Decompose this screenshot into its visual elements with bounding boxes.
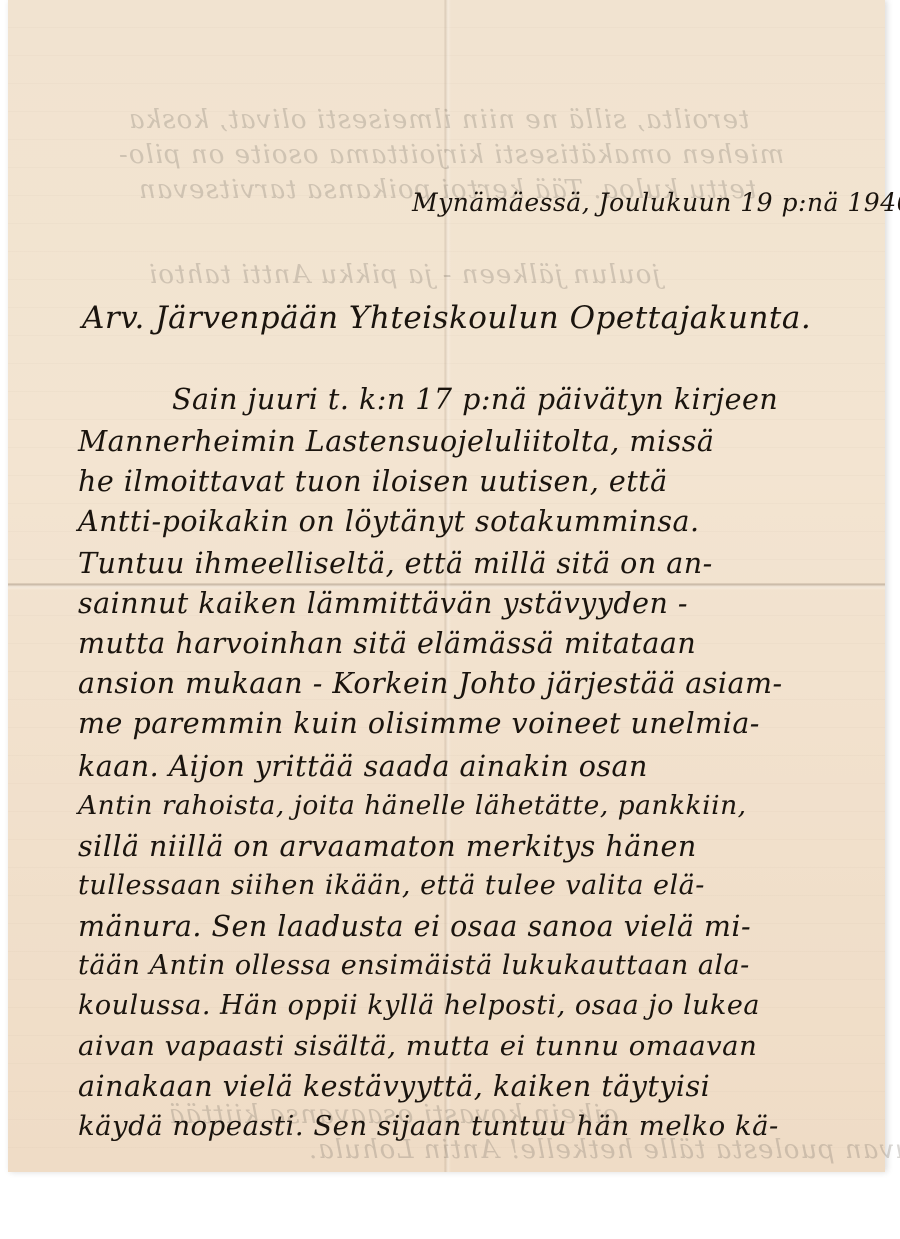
letter-line: koulussa. Hän oppii kyllä helposti, osaa… <box>78 990 760 1021</box>
letter-line: me paremmin kuin olisimme voineet unelmi… <box>78 707 760 740</box>
letter-line: mänura. Sen laadusta ei osaa sanoa vielä… <box>78 910 751 943</box>
bleed-through-line: miehen omakätisesti kirjoittama osoite o… <box>118 140 784 170</box>
letter-line: tään Antin ollessa ensimäistä lukukautta… <box>78 950 750 981</box>
letter-line: Antin rahoista, joita hänelle lähetätte,… <box>78 790 747 821</box>
letter-line: sainnut kaiken lämmittävän ystävyyden - <box>78 587 688 620</box>
place-and-date: Mynämäessä, Joulukuun 19 p:nä 1940. <box>412 188 900 217</box>
salutation: Arv. Järvenpään Yhteiskoulun Opettajakun… <box>82 300 811 336</box>
letter-line: mutta harvoinhan sitä elämässä mitataan <box>78 627 696 660</box>
letter-line: he ilmoittavat tuon iloisen uutisen, ett… <box>78 465 668 498</box>
letter-line: kaan. Aijon yrittää saada ainakin osan <box>78 750 648 783</box>
bleed-through-line: teroilta, sillä ne niin ilmeisesti oliva… <box>128 105 749 135</box>
letter-line: Antti-poikakin on löytänyt sotakumminsa. <box>78 505 700 538</box>
letter-line: sillä niillä on arvaamaton merkitys häne… <box>78 830 697 863</box>
letter-line: ainakaan vielä kestävyyttä, kaiken täyty… <box>78 1070 710 1103</box>
letter-line: Tuntuu ihmeelliseltä, että millä sitä on… <box>78 547 713 580</box>
letter-line: Sain juuri t. k:n 17 p:nä päivätyn kirje… <box>172 383 778 416</box>
letter-line: käydä nopeasti. Sen sijaan tuntuu hän me… <box>78 1110 779 1142</box>
bleed-through-line: joulun jälkeen - ja pikku Antti tahtoi <box>148 260 660 290</box>
letter-line: Mannerheimin Lastensuojeluliitolta, miss… <box>78 425 714 458</box>
letter-line: ansion mukaan - Korkein Johto järjestää … <box>78 667 783 700</box>
letter-line: tullessaan siihen ikään, että tulee vali… <box>78 870 705 901</box>
letter-line: aivan vapaasti sisältä, mutta ei tunnu o… <box>78 1030 757 1062</box>
